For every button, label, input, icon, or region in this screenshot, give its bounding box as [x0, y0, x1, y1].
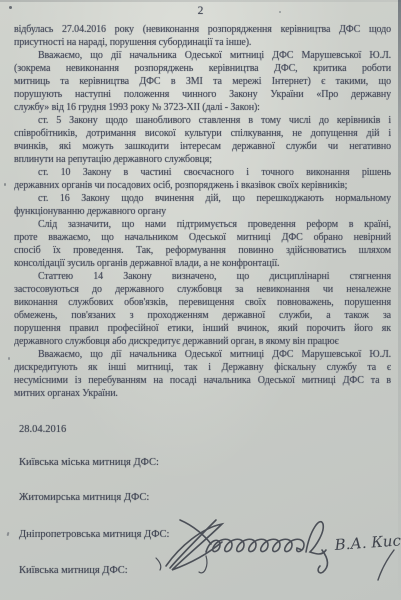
text-line: відбулась 27.04.2016 року (невиконання р… — [14, 23, 391, 36]
document-page: 2 відбулась 27.04.2016 року (невиконання… — [0, 0, 401, 600]
page-number: 2 — [0, 5, 401, 17]
signer-line-kyiv-city: Київська міська митниця ДФС: — [19, 457, 159, 468]
document-date: 28.04.2016 — [19, 424, 66, 435]
text-line: обмежень, пов'язаних з проходженням держ… — [14, 309, 391, 322]
signature-stroke — [378, 550, 394, 580]
text-line: виконання службових обов'язків, перевище… — [14, 296, 391, 309]
signature-stroke — [306, 522, 326, 554]
text-line: службу» від 16 грудня 1993 року № 3723-X… — [14, 101, 391, 114]
text-line: вплинути на репутацію державного службов… — [14, 153, 391, 166]
text-line: державного службовця або дискредитує дер… — [14, 335, 391, 348]
text-line: порушення правил професійної етики, інши… — [14, 322, 391, 335]
text-line: функціонуванню державного органу — [14, 205, 391, 218]
text-line: митниць та керівництва ДФС в ЗМІ та мере… — [14, 75, 391, 88]
signature-stroke — [206, 539, 304, 552]
text-line: (зокрема невиконання розпоряджень керівн… — [14, 62, 391, 75]
paper-speck — [4, 183, 6, 186]
signer-line-dnipropetrovsk: Дніпропетровська митниця ДФС: — [19, 529, 169, 540]
signer-line-zhytomyr: Житомирська митниця ДФС: — [19, 492, 149, 503]
signer-line-kyiv: Київська митниця ДФС: — [19, 565, 128, 576]
text-line: співробітників, дотримання високої культ… — [14, 127, 391, 140]
photo-edge-shadow-top — [0, 0, 401, 2]
signature-stroke — [199, 556, 207, 573]
text-line: ст. 10 Закону в частині своєчасного і то… — [14, 166, 391, 179]
document-text: відбулась 27.04.2016 року (невиконання р… — [14, 23, 391, 400]
text-line: ст. 16 Закону щодо вчинення дій, що пере… — [14, 192, 391, 205]
text-line: митних органах України. — [14, 387, 391, 400]
paper-speck — [8, 357, 10, 360]
text-line: дискредитують як інші митниці, так і Дер… — [14, 361, 391, 374]
text-line: несумісними із перебуванням на посаді на… — [14, 374, 391, 387]
text-line: консолідації зусиль органів державної вл… — [14, 257, 391, 270]
text-line: Слід зазначити, що нами підтримується пр… — [14, 218, 391, 231]
text-line: державних органів чи посадових осіб, роз… — [14, 179, 391, 192]
text-line: ст. 5 Закону щодо шанобливого ставлення … — [14, 114, 391, 127]
text-line: Статтею 14 Закону визначено, що дисциплі… — [14, 270, 391, 283]
text-line: Вважаємо, що дії начальника Одеської мит… — [14, 49, 391, 62]
text-line: Вважаємо, що дії начальника Одеської мит… — [14, 348, 391, 361]
signature-name-text: В.А. Кисар — [333, 530, 401, 554]
text-line: застосовуються до державного службовця з… — [14, 283, 391, 296]
paper-speck — [7, 532, 10, 536]
text-line: порушують наступні положення чинного Зак… — [14, 88, 391, 101]
signature-stroke — [156, 558, 161, 570]
handwritten-signature: В.А. Кисар — [150, 500, 401, 590]
text-line: спосіб їх проведення. Так, реформування … — [14, 244, 391, 257]
text-line: присутності на нараді, порушення суборди… — [14, 36, 391, 49]
text-line: проте вважаємо, що начальником Одеської … — [14, 231, 391, 244]
text-line: вчинків, які можуть зашкодити інтересам … — [14, 140, 391, 153]
